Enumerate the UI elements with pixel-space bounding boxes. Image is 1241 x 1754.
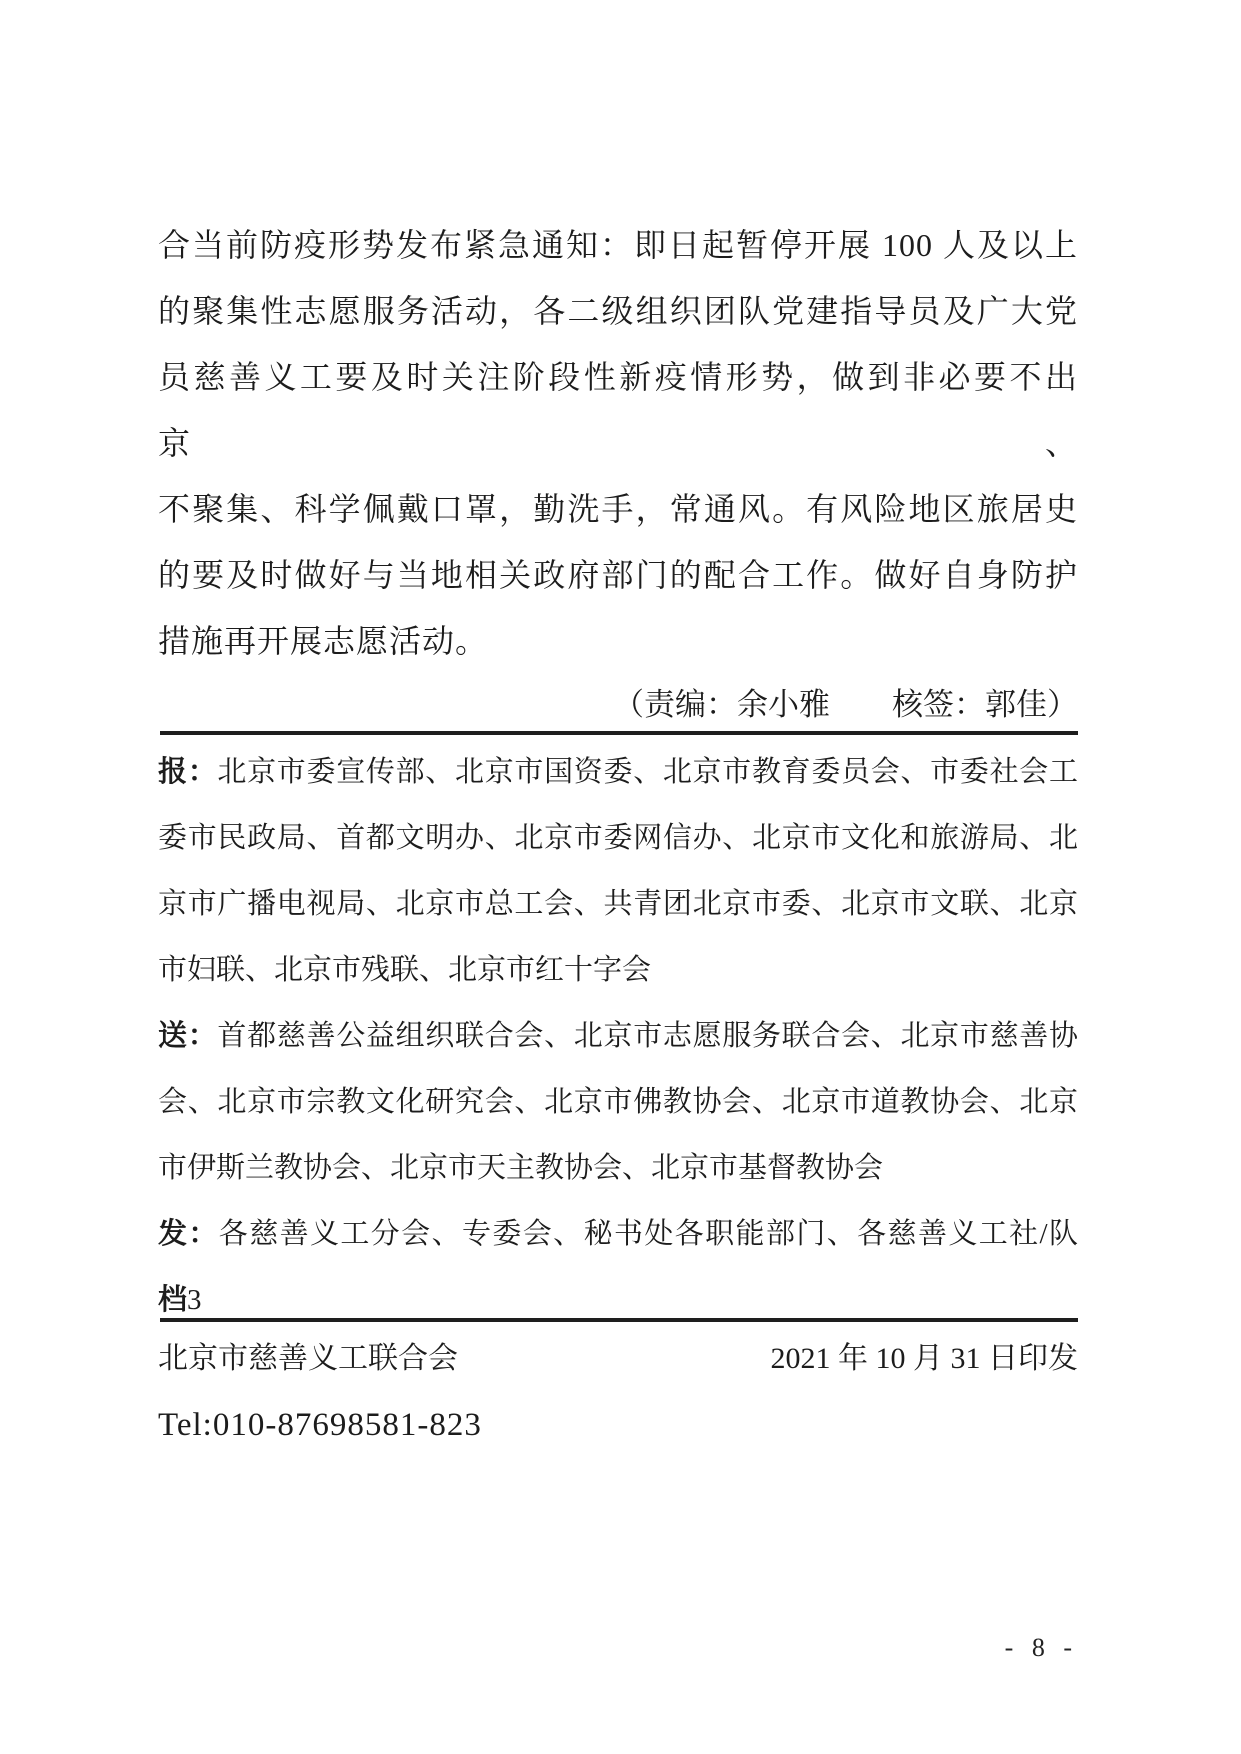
issue-to-label: 发： xyxy=(158,1218,219,1250)
send-to-line-3: 市伊斯兰教协会、北京市天主教协会、北京市基督教协会 xyxy=(158,1135,1078,1201)
divider-bottom xyxy=(160,1318,1078,1322)
archive-number: 3 xyxy=(187,1284,202,1316)
issue-to-line: 发：各慈善义工分会、专委会、秘书处各职能部门、各慈善义工社/队 xyxy=(158,1201,1078,1267)
body-line-2: 的聚集性志愿服务活动，各二级组织团队党建指导员及广大党 xyxy=(158,278,1078,344)
archive-label: 档 xyxy=(158,1284,187,1316)
report-to-line-4: 市妇联、北京市残联、北京市红十字会 xyxy=(158,937,1078,1003)
send-to-line-1: 送：首都慈善公益组织联合会、北京市志愿服务联合会、北京市慈善协 xyxy=(158,1003,1078,1069)
report-to-line-3: 京市广播电视局、北京市总工会、共青团北京市委、北京市文联、北京 xyxy=(158,871,1078,937)
divider-top xyxy=(160,731,1078,735)
body-paragraph: 合当前防疫形势发布紧急通知：即日起暂停开展 100 人及以上 的聚集性志愿服务活… xyxy=(158,212,1078,674)
document-page: 合当前防疫形势发布紧急通知：即日起暂停开展 100 人及以上 的聚集性志愿服务活… xyxy=(0,0,1241,1754)
send-to-text: 首都慈善公益组织联合会、北京市志愿服务联合会、北京市慈善协 xyxy=(217,1020,1078,1052)
issuing-org: 北京市慈善义工联合会 xyxy=(158,1326,458,1392)
body-line-3: 员慈善义工要及时关注阶段性新疫情形势，做到非必要不出京、 xyxy=(158,344,1078,476)
issue-to-text: 各慈善义工分会、专委会、秘书处各职能部门、各慈善义工社/队 xyxy=(219,1218,1078,1250)
page-number: - 8 - xyxy=(158,1628,1078,1668)
body-line-1: 合当前防疫形势发布紧急通知：即日起暂停开展 100 人及以上 xyxy=(158,212,1078,278)
report-to-text: 北京市委宣传部、北京市国资委、北京市教育委员会、市委社会工 xyxy=(217,756,1078,788)
body-line-5: 的要及时做好与当地相关政府部门的配合工作。做好自身防护 xyxy=(158,542,1078,608)
body-line-4: 不聚集、科学佩戴口罩，勤洗手，常通风。有风险地区旅居史 xyxy=(158,476,1078,542)
distribution-list: 报：北京市委宣传部、北京市国资委、北京市教育委员会、市委社会工 委市民政局、首都… xyxy=(158,739,1078,1333)
issue-date: 2021 年 10 月 31 日印发 xyxy=(771,1326,1079,1392)
send-to-label: 送： xyxy=(158,1020,217,1052)
body-line-6: 措施再开展志愿活动。 xyxy=(158,608,1078,674)
report-to-line-1: 报：北京市委宣传部、北京市国资委、北京市教育委员会、市委社会工 xyxy=(158,739,1078,805)
report-to-label: 报： xyxy=(158,756,217,788)
issuer-row: 北京市慈善义工联合会 2021 年 10 月 31 日印发 xyxy=(158,1326,1078,1392)
report-to-line-2: 委市民政局、首都文明办、北京市委网信办、北京市文化和旅游局、北 xyxy=(158,805,1078,871)
archive-line: 档3 xyxy=(158,1267,1078,1333)
telephone: Tel:010-87698581-823 xyxy=(158,1392,1078,1458)
byline: （责编：余小雅 核签：郭佳） xyxy=(158,672,1078,738)
send-to-line-2: 会、北京市宗教文化研究会、北京市佛教协会、北京市道教协会、北京 xyxy=(158,1069,1078,1135)
